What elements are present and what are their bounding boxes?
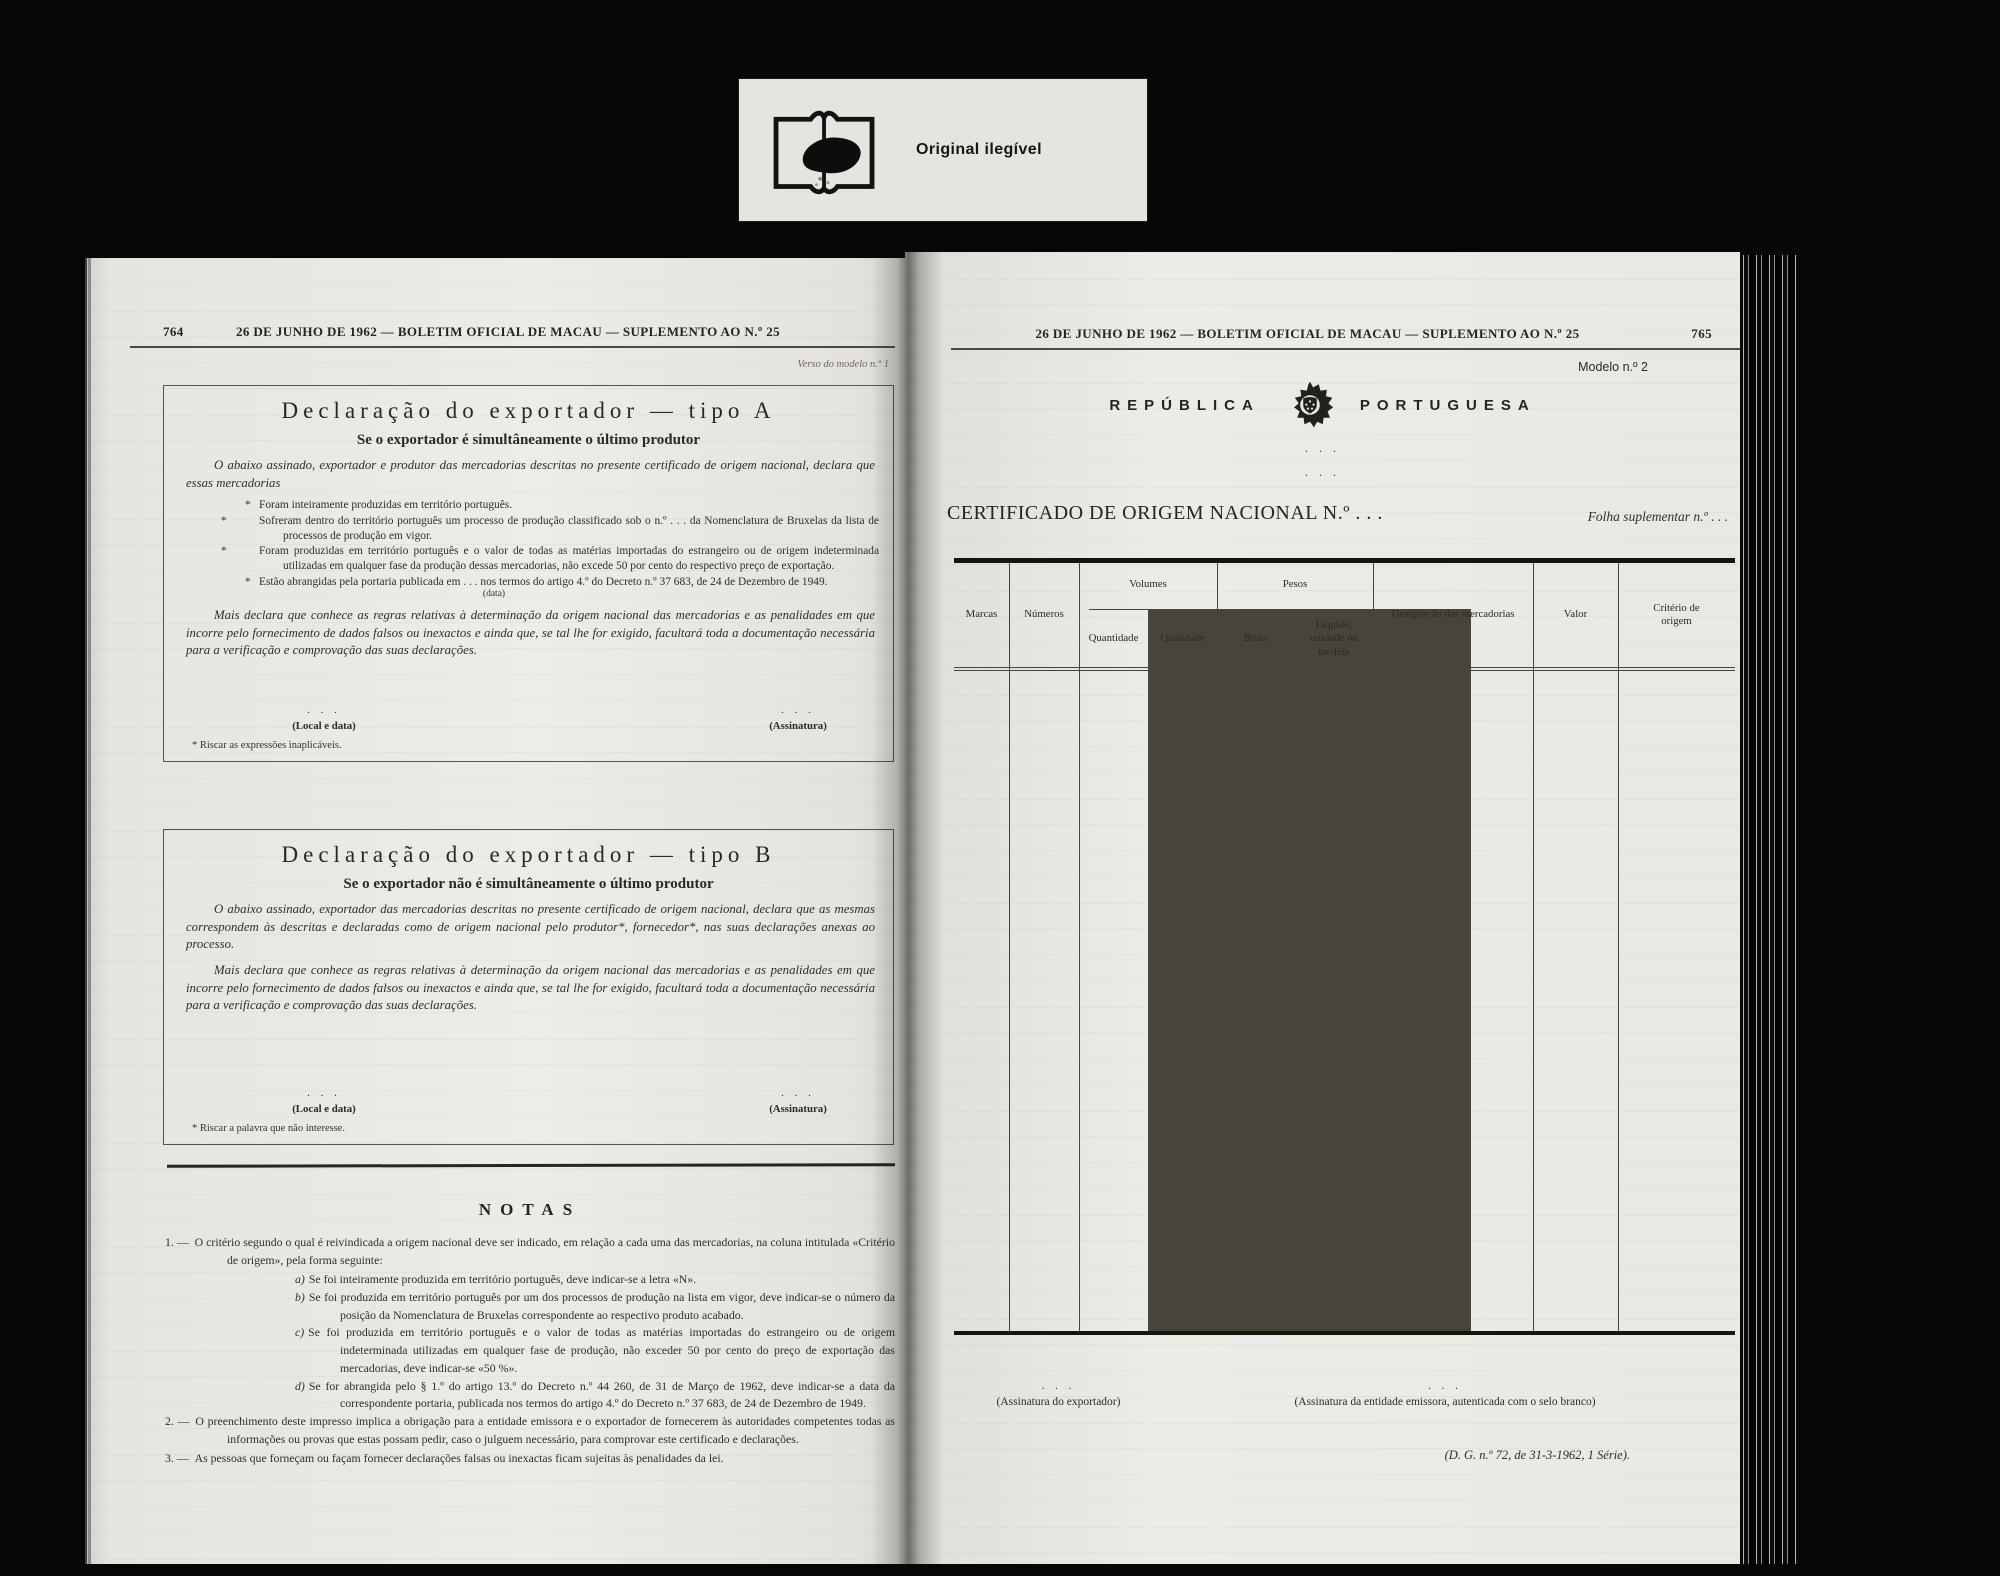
subitem-text: Se for abrangida pelo § 1.º do artigo 13…: [309, 1379, 895, 1411]
table-column-divider: [1217, 563, 1218, 1331]
fill-dots: . . .: [723, 1087, 873, 1099]
declaration-b-signatures: . . . (Local e data) . . . (Assinatura): [164, 1087, 893, 1117]
declaration-a-title: Declaração do exportador — tipo A: [164, 398, 893, 424]
table-header-separator: [954, 667, 1735, 671]
subitem-letter: d): [295, 1379, 305, 1393]
declaration-b-intro: O abaixo assinado, exportador das mercad…: [186, 901, 875, 954]
fill-dots: . . .: [249, 704, 399, 716]
certificate-title: CERTIFICADO DE ORIGEM NACIONAL N.º . . .: [947, 502, 1383, 525]
col-bruto: Bruto: [1217, 615, 1295, 663]
declaration-a-subtitle: Se o exportador é simultâneamente o últi…: [164, 432, 893, 449]
bullet-item: Foram produzidas em território português…: [259, 544, 879, 575]
bullet-item: Sofreram dentro do território português …: [259, 514, 879, 545]
declaration-a-footnote: * Riscar as expressões inaplicáveis.: [192, 740, 893, 751]
table-column-divider: [1533, 563, 1534, 1331]
declaration-a-intro: O abaixo assinado, exportador e produtor…: [186, 457, 875, 492]
nota-number: 1. —: [165, 1235, 189, 1249]
nota-subitem: c)Se foi produzida em território portugu…: [165, 1324, 895, 1377]
certificate-table: Marcas Números Volumes Quantidade Qualid…: [954, 558, 1735, 1335]
left-page: 764 26 DE JUNHO DE 1962 — BOLETIM OFICIA…: [85, 258, 905, 1564]
subitem-letter: c): [295, 1325, 304, 1339]
signature-label: (Assinatura): [769, 1103, 827, 1115]
nota-text: O critério segundo o qual é reivindicada…: [195, 1235, 895, 1267]
group-underline: [1089, 609, 1207, 610]
header-rule: [951, 348, 1740, 350]
notas-title: NOTAS: [165, 1200, 895, 1220]
nota-subitem: d)Se for abrangida pelo § 1.º do artigo …: [165, 1378, 895, 1413]
nota-number: 3. —: [165, 1451, 189, 1465]
fill-dots: . . .: [1265, 1380, 1625, 1392]
table-column-divider: [1079, 563, 1080, 1331]
declaration-b-footnote: * Riscar a palavra que não interesse.: [192, 1123, 893, 1134]
local-date-signature: . . . (Local e data): [249, 1087, 399, 1117]
header-rule: [130, 346, 895, 348]
local-date-label: (Local e data): [292, 1103, 356, 1115]
republic-heading: REPÚBLICA PORTUGUESA: [905, 379, 1740, 431]
signature-field: . . . (Assinatura): [723, 1087, 873, 1117]
local-date-label: (Local e data): [292, 720, 356, 732]
notas-section: NOTAS 1. —O critério segundo o qual é re…: [165, 1200, 895, 1470]
scanned-bulletin-spread: Original ilegível 764 26 DE JUNHO DE 196…: [0, 0, 2000, 1576]
open-book-icon: [760, 102, 890, 198]
group-underline: [1227, 609, 1363, 610]
nota-item: 3. —As pessoas que forneçam ou façam for…: [165, 1450, 895, 1468]
signature-label: (Assinatura): [769, 720, 827, 732]
nota-subitem: b)Se foi produzida em território portugu…: [165, 1289, 895, 1324]
supplement-sheet-note: Folha suplementar n.º . . .: [1588, 509, 1728, 525]
declaration-a-bullets: Foram inteiramente produzidas em territó…: [259, 498, 879, 590]
exporter-signature-label: (Assinatura do exportador): [997, 1396, 1121, 1408]
entity-signature: . . . (Assinatura da entidade emissora, …: [1265, 1380, 1625, 1410]
fill-line-dots: . . .: [905, 465, 1740, 480]
nota-item: 2. —O preenchimento deste impresso impli…: [165, 1413, 895, 1448]
col-marcas: Marcas: [954, 563, 1009, 667]
nota-subitem: a)Se foi inteiramente produzida em terri…: [165, 1271, 895, 1289]
fill-dots: . . .: [723, 704, 873, 716]
table-column-divider: [1618, 563, 1619, 1331]
subitem-text: Se foi produzida em território português…: [309, 1290, 895, 1322]
col-qualidade: Qualidade: [1148, 615, 1217, 663]
fill-dots: . . .: [249, 1087, 399, 1099]
declaration-a-box: Declaração do exportador — tipo A Se o e…: [163, 385, 894, 762]
fill-line-dots: . . .: [905, 441, 1740, 456]
section-divider: [167, 1163, 895, 1168]
right-page-number: 765: [1691, 326, 1712, 342]
col-liquido: Líquido, unidade ou medida: [1295, 611, 1373, 667]
bullet-item: Foram inteiramente produzidas em territó…: [259, 498, 879, 513]
group-pesos: Pesos: [1217, 573, 1373, 597]
col-valor: Valor: [1533, 563, 1618, 667]
decree-reference: (D. G. n.º 72, de 31-3-1962, 1 Série).: [1445, 1448, 1630, 1463]
local-date-signature: . . . (Local e data): [249, 704, 399, 734]
subitem-letter: b): [295, 1290, 305, 1304]
portuguese-coat-of-arms-icon: [1286, 379, 1334, 431]
data-caption: (data): [449, 589, 539, 599]
subitem-text: Se foi produzida em território português…: [308, 1325, 895, 1374]
fill-dots: . . .: [966, 1380, 1151, 1392]
verso-note: Verso do modelo n.º 1: [797, 359, 889, 370]
table-column-divider: [1009, 563, 1010, 1331]
nota-number: 2. —: [165, 1414, 189, 1428]
nota-text: O preenchimento deste impresso implica a…: [195, 1414, 895, 1446]
entity-signature-label: (Assinatura da entidade emissora, autent…: [1294, 1396, 1595, 1408]
model-note: Modelo n.º 2: [1578, 360, 1648, 374]
declaration-b-closing: Mais declara que conhece as regras relat…: [186, 962, 875, 1015]
table-column-divider: [1373, 563, 1374, 1331]
stamp-label: Original ilegível: [916, 141, 1042, 159]
page-edge-stack: [1740, 255, 1798, 1564]
right-page-header: 26 DE JUNHO DE 1962 — BOLETIM OFICIAL DE…: [945, 326, 1670, 342]
portuguesa-word: PORTUGUESA: [1360, 397, 1536, 414]
signature-field: . . . (Assinatura): [723, 704, 873, 734]
group-volumes: Volumes: [1079, 573, 1217, 597]
republica-word: REPÚBLICA: [1109, 397, 1260, 414]
declaration-b-subtitle: Se o exportador não é simultâneamente o …: [164, 876, 893, 893]
table-column-divider: [1295, 609, 1471, 1331]
declaration-b-title: Declaração do exportador — tipo B: [164, 842, 893, 868]
declaration-b-box: Declaração do exportador — tipo B Se o e…: [163, 829, 894, 1145]
declaration-a-signatures: . . . (Local e data) . . . (Assinatura): [164, 704, 893, 734]
declaration-a-closing: Mais declara que conhece as regras relat…: [186, 607, 875, 660]
col-designacao: Designação das mercadorias: [1373, 563, 1533, 667]
bullet-item: Estão abrangidas pela portaria publicada…: [259, 575, 879, 590]
right-page: 26 DE JUNHO DE 1962 — BOLETIM OFICIAL DE…: [905, 252, 1740, 1564]
illegible-stamp: Original ilegível: [738, 78, 1148, 222]
exporter-signature: . . . (Assinatura do exportador): [966, 1380, 1151, 1410]
nota-item: 1. —O critério segundo o qual é reivindi…: [165, 1234, 895, 1269]
subitem-text: Se foi inteiramente produzida em territó…: [309, 1272, 696, 1286]
col-quantidade: Quantidade: [1079, 615, 1148, 663]
subitem-letter: a): [295, 1272, 305, 1286]
left-page-header: 26 DE JUNHO DE 1962 — BOLETIM OFICIAL DE…: [125, 324, 891, 340]
col-numeros: Números: [1009, 563, 1079, 667]
nota-text: As pessoas que forneçam ou façam fornece…: [195, 1451, 724, 1465]
col-criterio: Critério de origem: [1618, 563, 1735, 667]
